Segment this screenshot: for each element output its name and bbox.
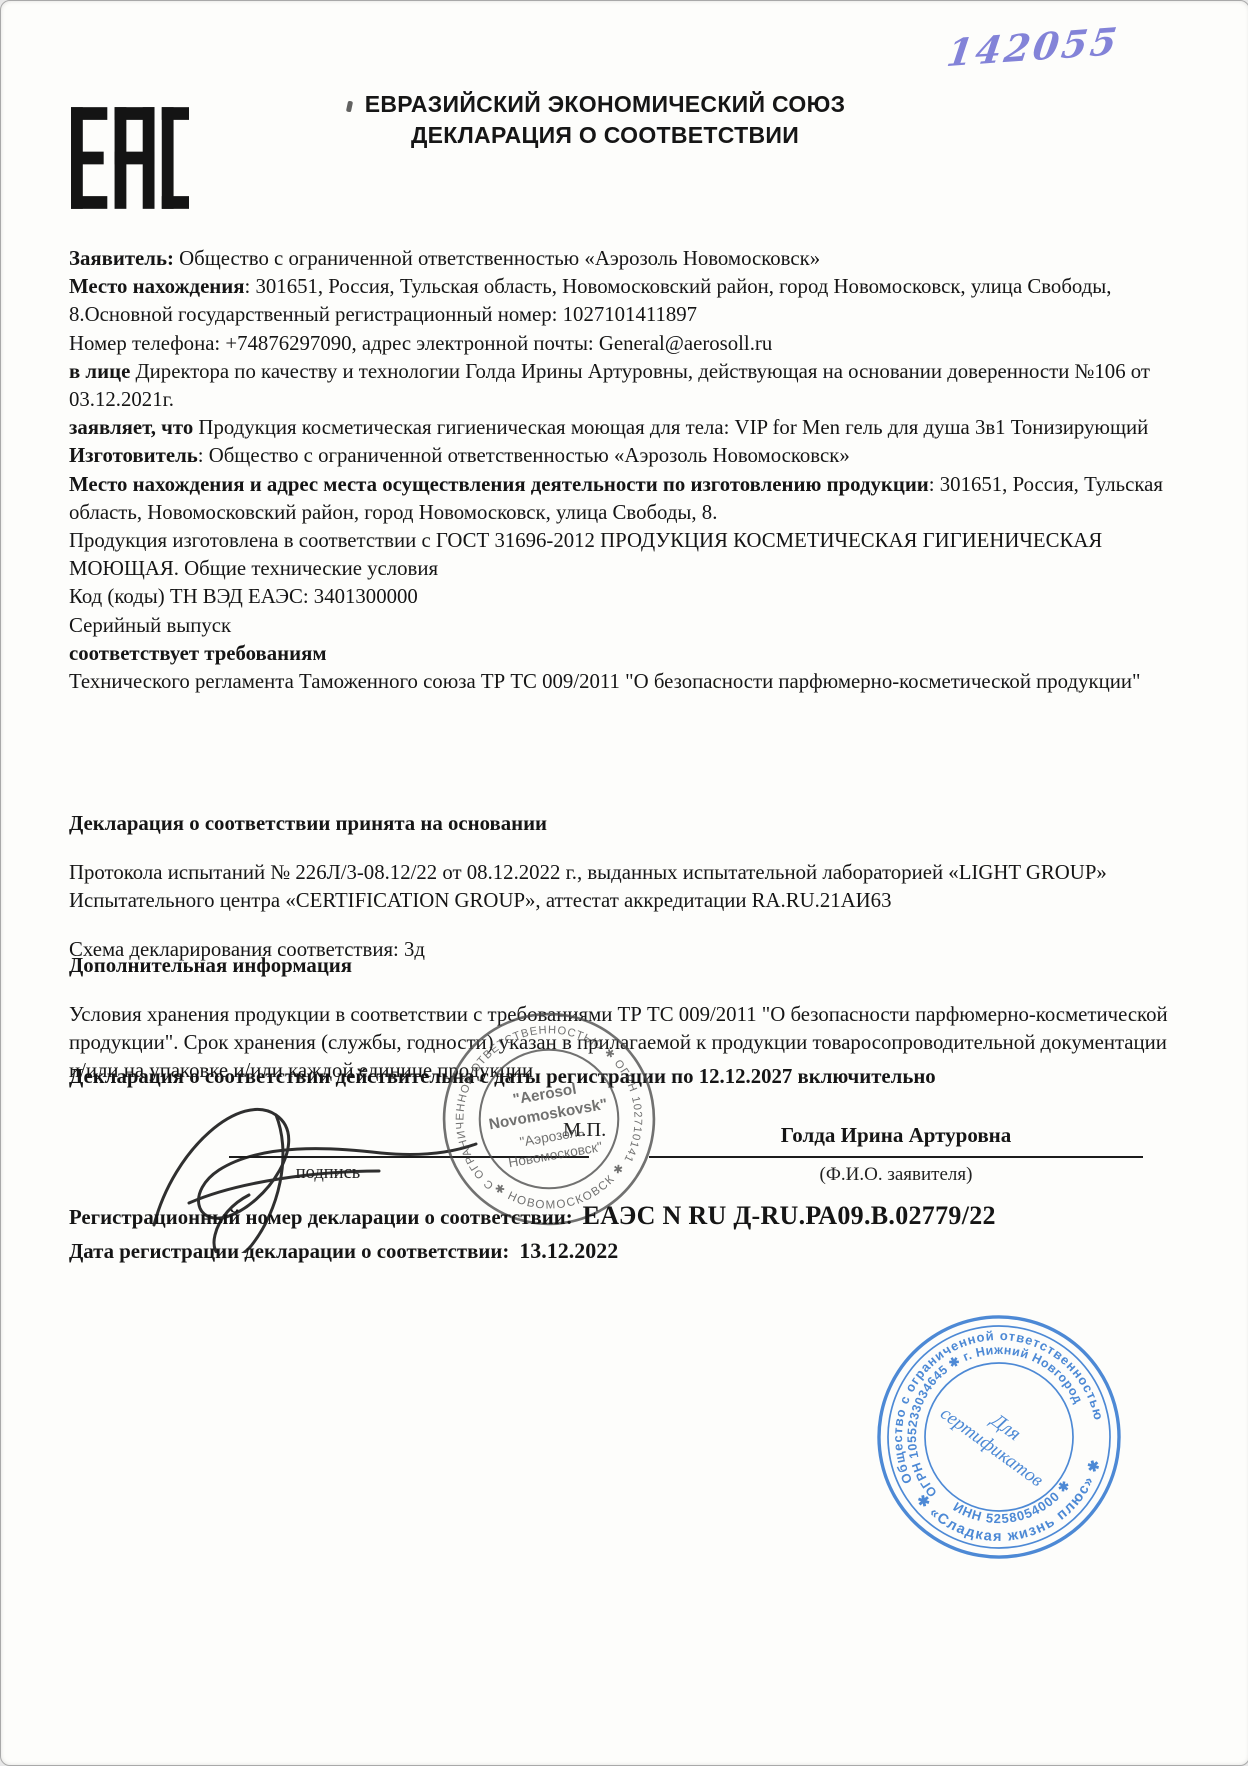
additional-info-heading: Дополнительная информация — [69, 952, 1187, 980]
registration-number-label: Регистрационный номер декларации о соотв… — [69, 1206, 573, 1230]
blue-stamp-center-line2: сертификатов — [936, 1403, 1047, 1491]
handwritten-number: 142055 — [944, 19, 1122, 76]
declaration-of-conformity-document: 142055 ЕВРАЗИЙСКИЙ ЭКОНОМИЧЕСКИЙ СОЮЗ ДЕ… — [0, 0, 1248, 1766]
tnved-code-line: Код (коды) ТН ВЭД ЕАЭС: 3401300000 — [69, 583, 1187, 611]
additional-info-heading-text: Дополнительная информация — [69, 954, 352, 977]
registration-block: Регистрационный номер декларации о соотв… — [69, 1201, 1187, 1271]
manufacturer-label: Изготовитель — [69, 444, 198, 467]
applicant-value: Общество с ограниченной ответственностью… — [174, 247, 820, 270]
applicant-line: Заявитель: Общество с ограниченной ответ… — [69, 245, 1187, 273]
manufacturer-address-line: Место нахождения и адрес места осуществл… — [69, 471, 1187, 527]
basis-heading: Декларация о соответствии принята на осн… — [69, 810, 1187, 838]
declares-label: заявляет, что — [69, 416, 193, 439]
registration-number-value: ЕАЭС N RU Д-RU.РА09.В.02779/22 — [583, 1201, 996, 1231]
applicant-label: Заявитель: — [69, 247, 174, 270]
document-body: Заявитель: Общество с ограниченной ответ… — [69, 245, 1187, 696]
declares-line: заявляет, что Продукция косметическая ги… — [69, 414, 1187, 442]
registration-date-label: Дата регистрации декларации о соответств… — [69, 1240, 509, 1264]
representative-line: в лице Директора по качеству и технологи… — [69, 358, 1187, 414]
fullname-caption: (Ф.И.О. заявителя) — [701, 1164, 1091, 1186]
manufacturer-line: Изготовитель: Общество с ограниченной от… — [69, 442, 1187, 470]
gost-value: Продукция изготовлена в соответствии с Г… — [69, 529, 1102, 580]
serial-production-value: Серийный выпуск — [69, 614, 231, 637]
phone-email-value: Номер телефона: +74876297090, адрес элек… — [69, 332, 772, 355]
registration-number-row: Регистрационный номер декларации о соотв… — [69, 1201, 1187, 1231]
company-round-stamp: С ОГРАНИЧЕННОЙ ОТВЕТСТВЕННОСТЬЮ ✱ ОГРН 1… — [439, 1009, 659, 1229]
header-declaration-title: ДЕКЛАРАЦИЯ О СООТВЕТСТВИИ — [105, 120, 1105, 151]
test-protocol-line: Протокола испытаний № 226Л/3-08.12/22 от… — [69, 859, 1187, 915]
fullname-line — [649, 1128, 1143, 1158]
registration-date-row: Дата регистрации декларации о соответств… — [69, 1238, 1187, 1264]
manufacturer-address-label: Место нахождения и адрес места осуществл… — [69, 473, 929, 496]
serial-production-line: Серийный выпуск — [69, 612, 1187, 640]
phone-email-line: Номер телефона: +74876297090, адрес элек… — [69, 330, 1187, 358]
complies-heading: соответствует требованиям — [69, 640, 1187, 668]
basis-heading-text: Декларация о соответствии принята на осн… — [69, 812, 547, 835]
applicant-address-line: Место нахождения: 301651, Россия, Тульск… — [69, 273, 1187, 329]
representative-label: в лице — [69, 360, 130, 383]
header-union-title: ЕВРАЗИЙСКИЙ ЭКОНОМИЧЕСКИЙ СОЮЗ — [105, 89, 1105, 120]
blue-certification-stamp: Общество с ограниченной ответственностью… — [873, 1311, 1125, 1563]
registration-date-value: 13.12.2022 — [519, 1238, 618, 1264]
signature-caption: подпись — [253, 1163, 403, 1184]
tnved-code-value: Код (коды) ТН ВЭД ЕАЭС: 3401300000 — [69, 585, 418, 608]
representative-value: Директора по качеству и технологии Голда… — [69, 360, 1150, 411]
technical-regulation-line: Технического регламента Таможенного союз… — [69, 668, 1187, 696]
complies-label: соответствует требованиям — [69, 642, 327, 665]
address-label: Место нахождения — [69, 275, 245, 298]
manufacturer-value: : Общество с ограниченной ответственност… — [198, 444, 850, 467]
document-header: ЕВРАЗИЙСКИЙ ЭКОНОМИЧЕСКИЙ СОЮЗ ДЕКЛАРАЦИ… — [105, 89, 1105, 151]
technical-regulation-value: Технического регламента Таможенного союз… — [69, 670, 1140, 693]
product-value: Продукция косметическая гигиеническая мо… — [193, 416, 1148, 439]
gost-line: Продукция изготовлена в соответствии с Г… — [69, 527, 1187, 583]
